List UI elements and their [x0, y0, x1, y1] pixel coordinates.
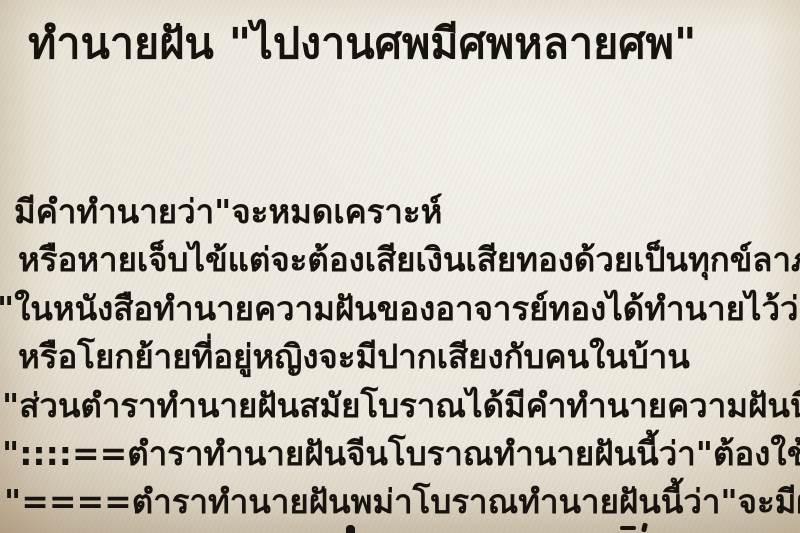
clipped-glyph-fragment: [346, 525, 355, 533]
body-line: "ในหนังสือทำนายความฝันของอาจารย์ทองได้ทำ…: [0, 285, 800, 333]
clipped-glyph-fragment: [641, 523, 648, 533]
body-line: หรือหายเจ็บไข้แต่จะต้องเสียเงินเสียทองด้…: [0, 236, 800, 284]
paper-page: ทำนายฝัน "ไปงานศพมีศพหลายศพ" มีคำทำนายว่…: [0, 0, 800, 533]
body-line: หรือโยกย้ายที่อยู่หญิงจะมีปากเสียงกับคนใ…: [0, 333, 800, 381]
body-line: "ส่วนตำราทำนายฝันสมัยโบราณได้มีคำทำนายคว…: [0, 382, 800, 430]
body-text: มีคำทำนายว่า"จะหมดเคราะห์หรือหายเจ็บไข้แ…: [0, 188, 800, 527]
clipped-glyph-fragment: [620, 526, 636, 530]
page-title: ทำนายฝัน "ไปงานศพมีศพหลายศพ": [28, 18, 800, 72]
body-line: "::::==ตำราทำนายฝันจีนโบราณทำนายฝันนี้ว่…: [0, 430, 800, 478]
body-line: มีคำทำนายว่า"จะหมดเคราะห์: [0, 188, 800, 236]
body-line: "====ตำราทำนายฝันพม่าโบราณทำนายฝันนี้ว่า…: [0, 478, 800, 526]
